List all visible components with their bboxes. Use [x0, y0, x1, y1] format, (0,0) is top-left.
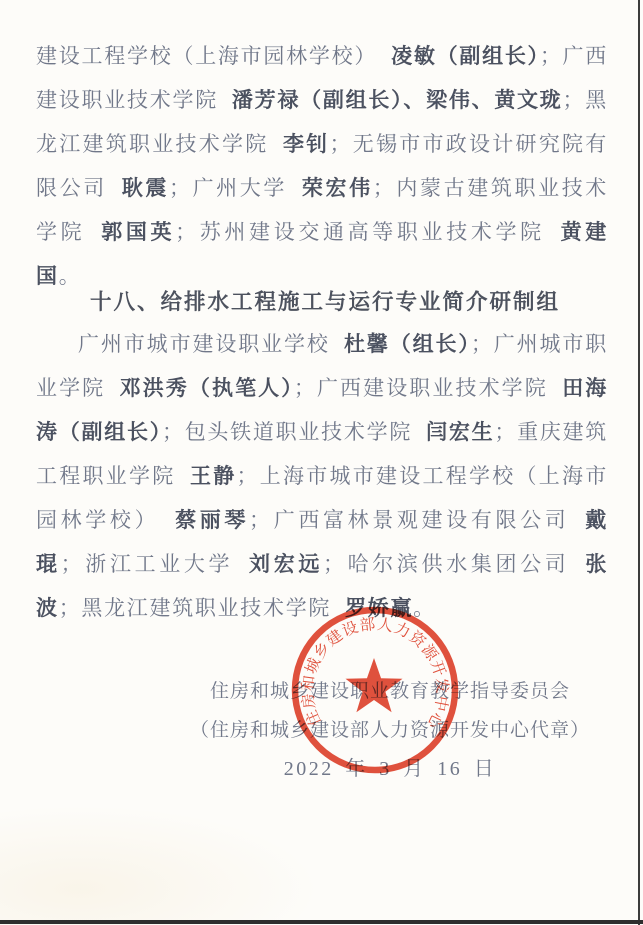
- official-seal-icon: 住房和城乡建设部人力资源开发中心: [287, 602, 463, 778]
- institution-text: 广州市城市建设职业学校: [78, 332, 344, 356]
- paragraph-members-group18: 广州市城市建设职业学校 杜馨（组长）；广州城市职业学院 邓洪秀（执笔人）；广西建…: [36, 322, 608, 630]
- institution-text: ；包头铁道职业技术学院: [162, 420, 426, 444]
- member-name: 荣宏伟: [302, 176, 373, 200]
- member-name: 邓洪秀（执笔人）: [120, 376, 294, 400]
- institution-text: ；广西建设职业技术学院: [294, 376, 562, 400]
- scan-edge-right: [638, 0, 640, 925]
- document-page: 建设工程学校（上海市园林学校） 凌敏（副组长）；广西建设职业技术学院 潘芳禄（副…: [0, 0, 643, 925]
- institution-text: ；哈尔滨供水集团公司: [323, 552, 585, 576]
- section-heading-18: 十八、给排水工程施工与运行专业简介研制组: [36, 280, 608, 324]
- member-name: 李钊: [283, 132, 330, 156]
- member-name: 王静: [190, 464, 237, 488]
- member-name: 郭国英: [101, 220, 175, 244]
- member-name: 潘芳禄（副组长）、梁伟、黄文珑: [232, 88, 563, 112]
- institution-text: ；苏州建设交通高等职业技术学院: [175, 220, 561, 244]
- institution-text: ；广西富林景观建设有限公司: [249, 508, 585, 532]
- institution-text: 。: [59, 264, 82, 288]
- member-name: 耿震: [122, 176, 169, 200]
- institution-text: ；广州大学: [169, 176, 302, 200]
- paragraph-members-group17: 建设工程学校（上海市园林学校） 凌敏（副组长）；广西建设职业技术学院 潘芳禄（副…: [36, 34, 608, 298]
- seal-star-icon: [346, 658, 403, 712]
- scan-edge-bottom: [0, 920, 643, 924]
- member-name: 闫宏生: [426, 420, 494, 444]
- institution-text: 建设工程学校（上海市园林学校）: [36, 44, 391, 68]
- document-body: 建设工程学校（上海市园林学校） 凌敏（副组长）；广西建设职业技术学院 潘芳禄（副…: [36, 34, 608, 630]
- member-name: 蔡丽琴: [175, 508, 249, 532]
- member-name: 凌敏（副组长）: [391, 44, 540, 68]
- member-name: 刘宏远: [249, 552, 323, 576]
- scan-mottle-artifact: [0, 805, 320, 925]
- institution-text: ；浙江工业大学: [61, 552, 249, 576]
- member-name: 杜馨（组长）: [344, 332, 471, 356]
